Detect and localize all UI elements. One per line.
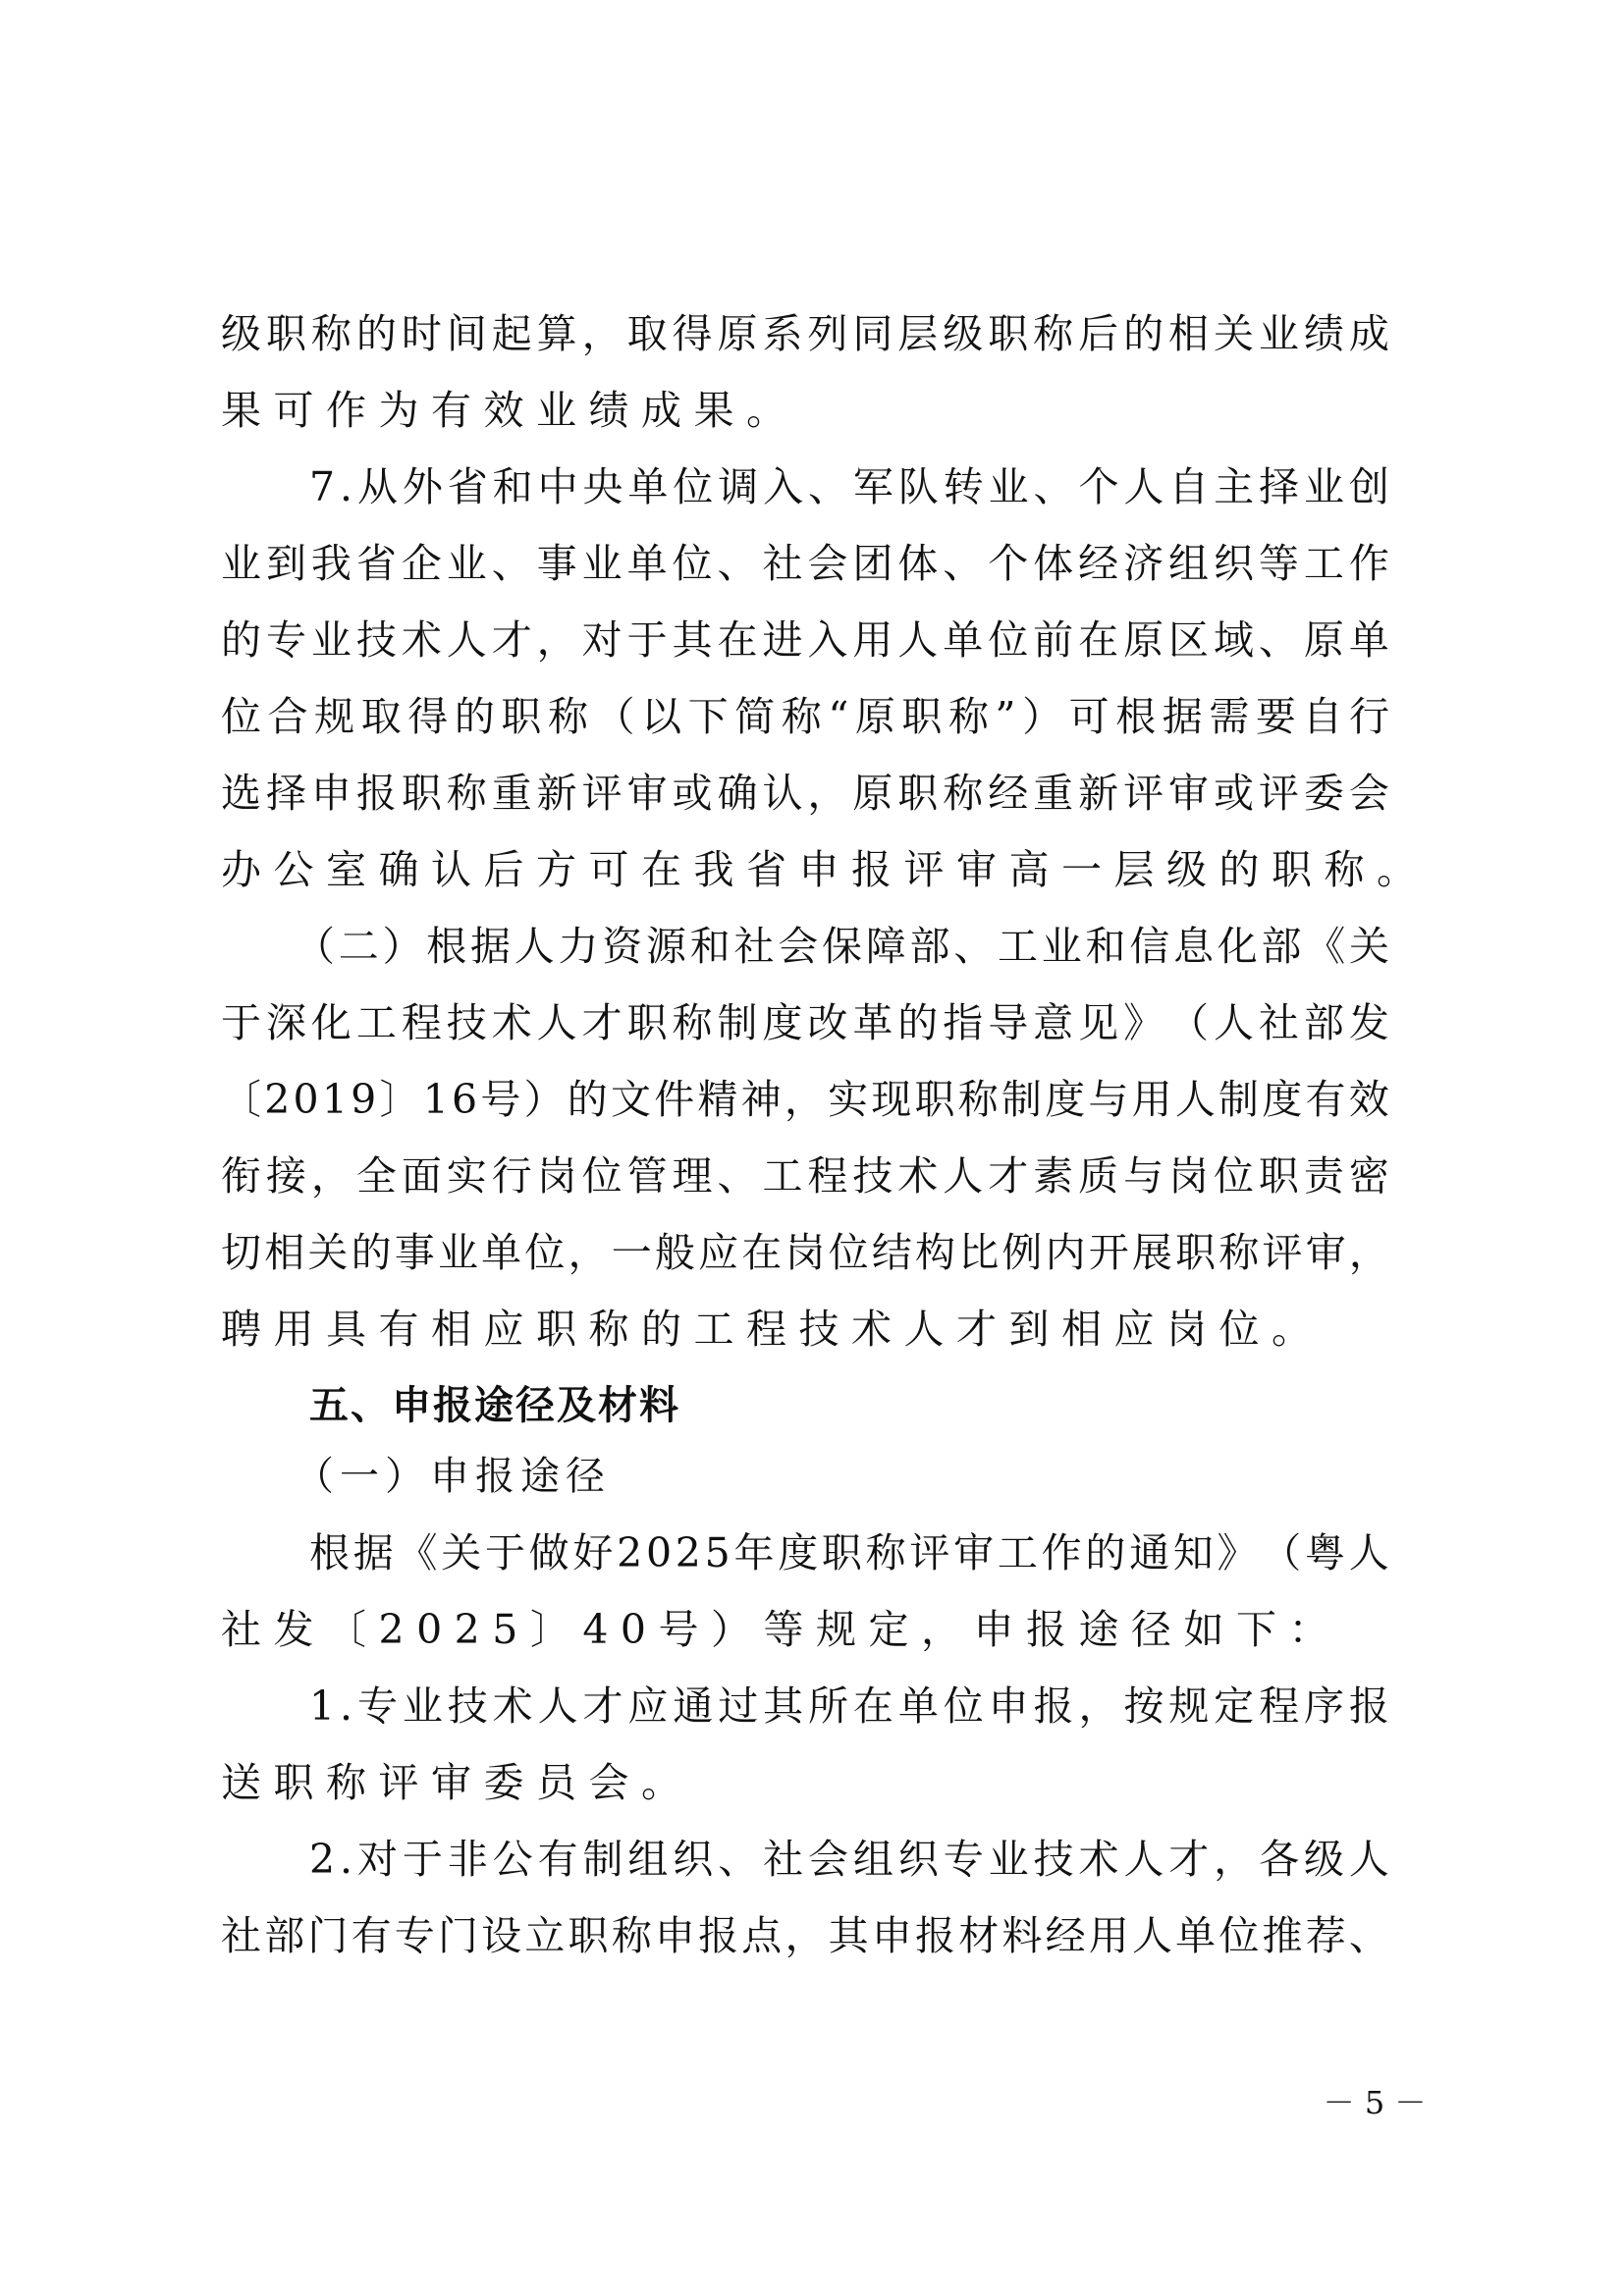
subsection-heading: （一）申报途径 xyxy=(295,1447,611,1506)
section-heading: 五、申报途径及材料 xyxy=(309,1376,680,1435)
paragraph-line: 7.从外省和中央单位调入、军队转业、个人自主择业创 xyxy=(309,457,1389,516)
paragraph-line: 的专业技术人才，对于其在进入用人单位前在原区域、原单 xyxy=(221,611,1389,669)
paragraph-line: 社发〔2025〕40号）等规定，申报途径如下： xyxy=(221,1600,1389,1659)
paragraph-line: 业到我省企业、事业单位、社会团体、个体经济组织等工作 xyxy=(221,534,1389,593)
paragraph-line: 切相关的事业单位，一般应在岗位结构比例内开展职称评审， xyxy=(221,1223,1389,1282)
paragraph-line: （二）根据人力资源和社会保障部、工业和信息化部《关 xyxy=(295,917,1389,976)
paragraph-line: 选择申报职称重新评审或确认，原职称经重新评审或评委会 xyxy=(221,764,1389,823)
paragraph-line: 聘用具有相应职称的工程技术人才到相应岗位。 xyxy=(221,1300,1389,1359)
paragraph-line: 2.对于非公有制组织、社会组织专业技术人才，各级人 xyxy=(309,1830,1389,1889)
paragraph-line: 衔接，全面实行岗位管理、工程技术人才素质与岗位职责密 xyxy=(221,1147,1389,1205)
paragraph-line: 于深化工程技术人才职称制度改革的指导意见》（人社部发 xyxy=(221,993,1389,1052)
paragraph-line: 根据《关于做好2025年度职称评审工作的通知》（粤人 xyxy=(309,1523,1389,1582)
paragraph-line: 1.专业技术人才应通过其所在单位申报，按规定程序报 xyxy=(309,1677,1389,1735)
paragraph-line: 送职称评审委员会。 xyxy=(221,1753,1389,1812)
paragraph-line: 位合规取得的职称（以下简称“原职称”）可根据需要自行 xyxy=(221,687,1389,746)
page-number: － 5 － xyxy=(1306,2083,1443,2122)
paragraph-line: 级职称的时间起算，取得原系列同层级职称后的相关业绩成 xyxy=(221,304,1389,363)
paragraph-line: 果可作为有效业绩成果。 xyxy=(221,381,1389,440)
paragraph-line: 社部门有专门设立职称申报点，其申报材料经用人单位推荐、 xyxy=(221,1906,1389,1965)
paragraph-line: 办公室确认后方可在我省申报评审高一层级的职称。 xyxy=(221,840,1389,899)
document-page: 级职称的时间起算，取得原系列同层级职称后的相关业绩成 果可作为有效业绩成果。 7… xyxy=(0,0,1624,2296)
paragraph-line: 〔2019〕16号）的文件精神，实现职称制度与用人制度有效 xyxy=(221,1070,1389,1129)
